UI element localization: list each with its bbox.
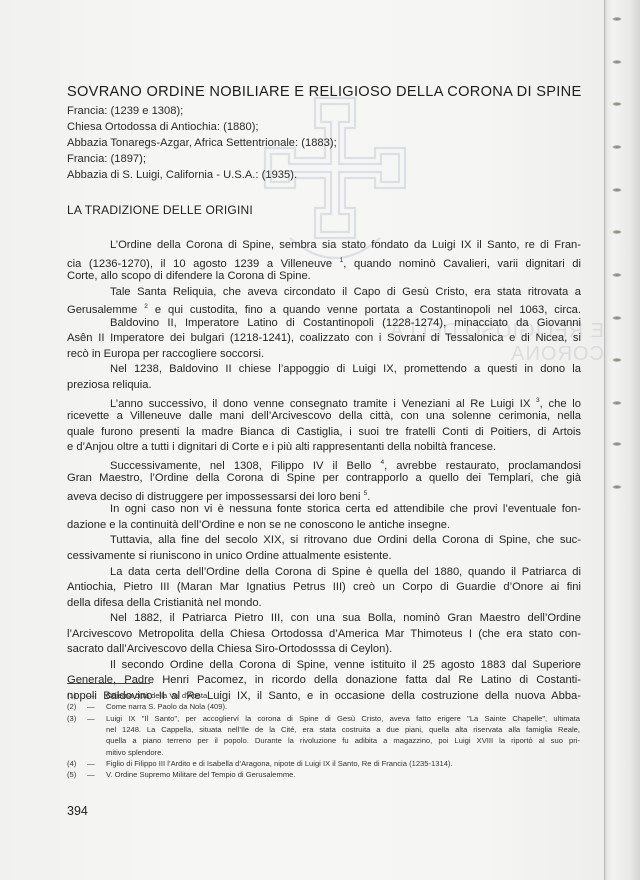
body-line: cia (1236-1270), il 10 agosto 1239 a Vil… — [67, 254, 581, 268]
location-line: Abbazia Tonaregs-Azgar, Africa Settentri… — [67, 137, 337, 149]
footnote-ref: 5 — [364, 490, 368, 497]
binding-staple — [612, 273, 622, 277]
binding-staple — [612, 485, 622, 489]
binding-staple — [612, 358, 622, 362]
body-line: Baldovino II, Imperatore Latino di Costa… — [110, 316, 581, 330]
body-line: l’Arcivescovo Metropolita della Chiesa O… — [67, 627, 581, 641]
body-line: Antiochia, Pietro III (Maran Mar Ignatiu… — [67, 580, 581, 594]
body-line: sacrato dall’Arcivescovo della Chiesa Si… — [67, 642, 581, 656]
body-line: Gran Maestro, l’Ordine della Corona di S… — [67, 471, 581, 485]
body-line: dazione e la continuità dell’Ordine e no… — [67, 518, 581, 532]
body-line: La data certa dell’Ordine della Corona d… — [110, 565, 581, 579]
binding-staple — [612, 188, 622, 192]
location-line: Abbazia di S. Luigi, California - U.S.A.… — [67, 169, 297, 181]
location-line: Francia: (1239 e 1308); — [67, 105, 183, 117]
body-line: Successivamente, nel 1308, Filippo IV il… — [110, 456, 581, 470]
document-title: SOVRANO ORDINE NOBILIARE E RELIGIOSO DEL… — [67, 84, 582, 100]
body-line: Corte, allo scopo di difendere la Corona… — [67, 269, 581, 283]
footnote-dash: — — [87, 702, 106, 712]
footnote-line: (2)—Come narra S. Paolo da Nola (409). — [67, 702, 227, 712]
body-line: Asên II Imperatore dei bulgari (1218-124… — [67, 331, 581, 345]
body-line: Il secondo Ordine della Corona di Spine,… — [110, 658, 581, 672]
body-line: In ogni caso non vi è nessuna fonte stor… — [110, 502, 581, 516]
binding-staple — [612, 145, 622, 149]
footnote-number: (2) — [67, 702, 87, 712]
footnote-ref: 4 — [380, 459, 384, 466]
body-line: e d’Anjou oltre a tutti i dignitari di C… — [67, 440, 581, 454]
footnote-dash: — — [87, 759, 106, 769]
page-binding-edge — [604, 0, 640, 880]
binding-staple — [612, 401, 622, 405]
page-number: 394 — [67, 804, 88, 818]
body-line: L’anno successivo, il dono venne consegn… — [110, 394, 581, 408]
body-line: Gerusalemme 2 e qui custodita, fino a qu… — [67, 300, 581, 314]
document-page: E RELIGIOSO DELLA CORONA SOVRANO ORDINE … — [0, 0, 604, 880]
footnote-dash: — — [87, 770, 106, 780]
body-line: cessivamente si riuniscono in unico Ordi… — [67, 549, 581, 563]
section-heading: LA TRADIZIONE DELLE ORIGINI — [67, 203, 253, 217]
binding-staple — [612, 230, 622, 234]
binding-staple — [612, 102, 622, 106]
body-line: della difesa della Cristianità nel mondo… — [67, 596, 581, 610]
footnote-line: mitivo splendore. — [106, 748, 580, 758]
footnote-number: (5) — [67, 770, 87, 780]
footnote-number: (4) — [67, 759, 87, 769]
binding-staple — [612, 17, 622, 21]
body-line: aveva deciso di distruggere per imposses… — [67, 487, 581, 501]
binding-staple — [612, 316, 622, 320]
footnote-number: (3) — [67, 714, 87, 724]
footnote-ref: 3 — [536, 397, 540, 404]
body-line: Tuttavia, alla fine del secolo XIX, si r… — [110, 533, 581, 547]
footnote-line: quella a piano terreno per il popolo. Du… — [106, 736, 580, 746]
body-line: Nel 1238, Baldovino II chiese l’appoggio… — [110, 362, 581, 376]
footnote-line: (1)—Odierna città della Val d’Aosta. — [67, 691, 209, 701]
location-line: Chiesa Ortodossa di Antiochia: (1880); — [67, 121, 259, 133]
footnote-line: (3)—Luigi IX "Il Santo", per accoglierví… — [67, 714, 580, 724]
footnote-line: nel 1248. La Cappella, situata nell’Ile … — [106, 725, 580, 735]
binding-staple — [612, 60, 622, 64]
body-line: quale furono presenti la madre Bianca di… — [67, 425, 581, 439]
body-line: preziosa reliquia. — [67, 378, 581, 392]
body-line: Tale Santa Reliquia, che aveva circondat… — [110, 285, 581, 299]
footnote-line: (4)—Figlio di Filippo III l’Ardito e di … — [67, 759, 453, 769]
body-line: Nel 1882, il Patriarca Pietro III, con u… — [110, 611, 581, 625]
footnote-divider — [67, 683, 150, 684]
body-line: L’Ordine della Corona di Spine, sembra s… — [110, 238, 581, 252]
location-line: Francia: (1897); — [67, 153, 146, 165]
binding-staple — [612, 442, 622, 446]
footnote-number: (1) — [67, 691, 87, 701]
footnote-dash: — — [87, 691, 106, 701]
footnote-ref: 1 — [340, 257, 344, 264]
body-line: Generale, Padre Henri Pacomez, in ricord… — [67, 673, 581, 687]
body-line: recò in Europa per raccogliere soccorsi. — [67, 347, 581, 361]
footnote-dash: — — [87, 714, 106, 724]
body-line: ricevette a Villeneuve dalle mani dell’A… — [67, 409, 581, 423]
footnote-ref: 2 — [144, 303, 148, 310]
footnote-line: (5)—V. Ordine Supremo Militare del Tempi… — [67, 770, 296, 780]
